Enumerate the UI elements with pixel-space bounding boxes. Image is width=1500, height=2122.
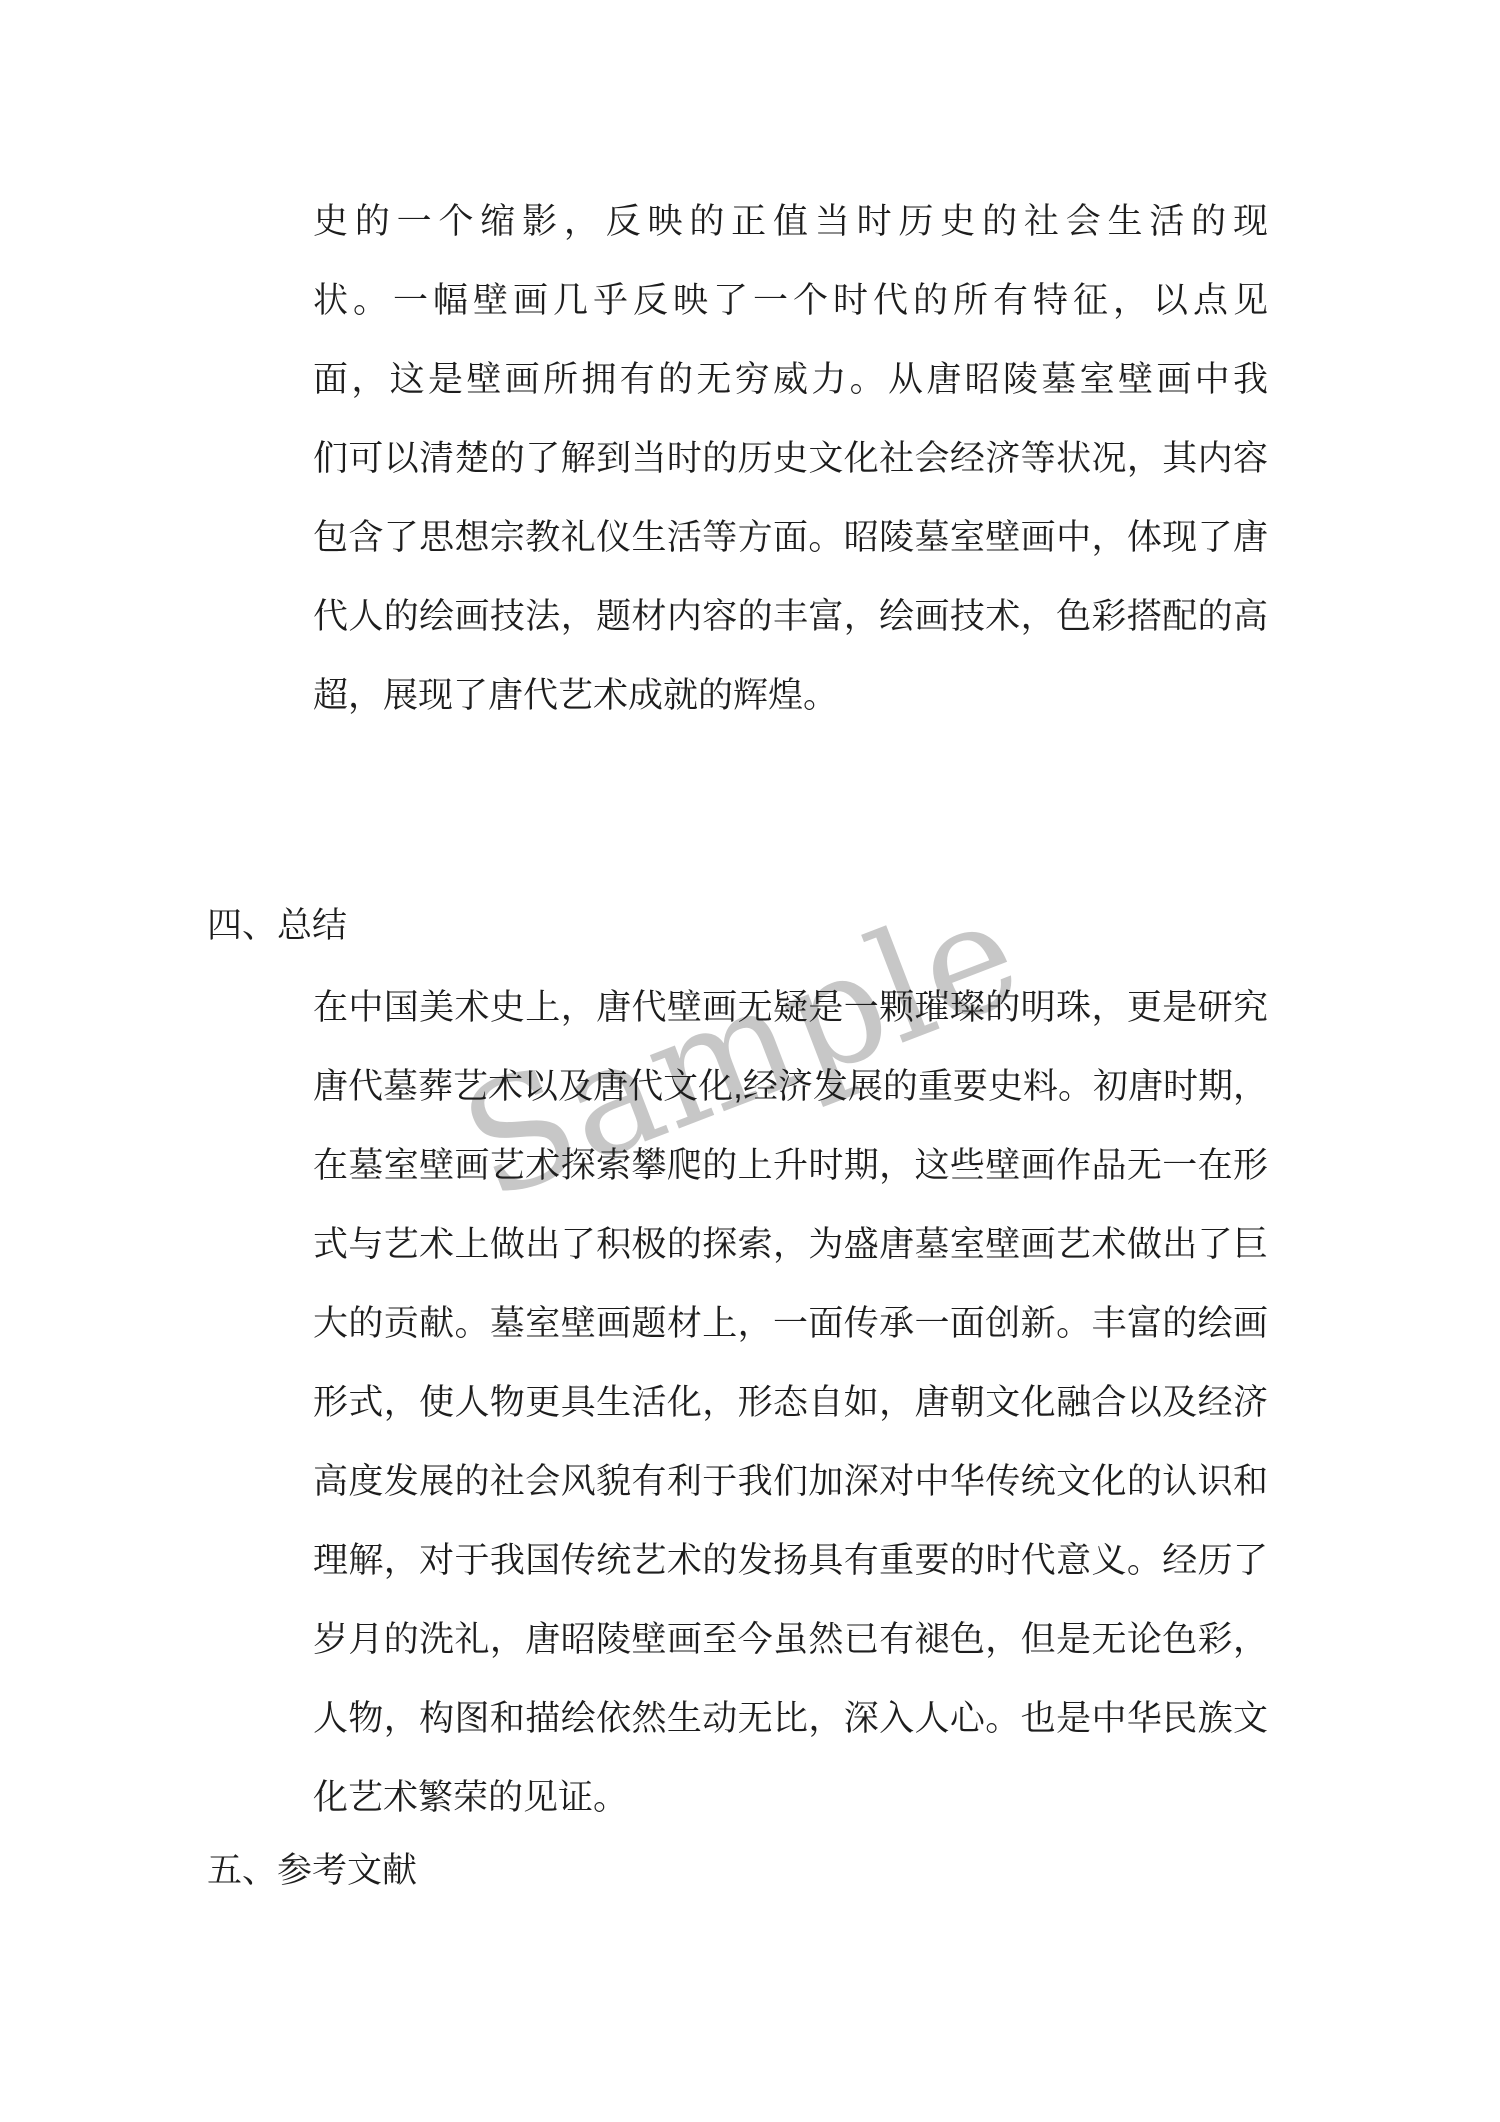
body-text-line: 理解，对于我国传统艺术的发扬具有重要的时代意义。经历了 (313, 1521, 1268, 1600)
document-page: Sample 史的一个缩影，反映的正值当时历史的社会生活的现 状。一幅壁画几乎反… (0, 0, 1500, 2122)
paragraph-mural-significance: 史的一个缩影，反映的正值当时历史的社会生活的现 状。一幅壁画几乎反映了一个时代的… (313, 182, 1268, 735)
body-text-line: 式与艺术上做出了积极的探索，为盛唐墓室壁画艺术做出了巨 (313, 1205, 1268, 1284)
body-text-line: 状。一幅壁画几乎反映了一个时代的所有特征，以点见 (313, 261, 1268, 340)
body-text-line: 化艺术繁荣的见证。 (313, 1758, 1268, 1837)
section-heading-references: 五、参考文献 (207, 1831, 417, 1910)
body-text-line: 面，这是壁画所拥有的无穷威力。从唐昭陵墓室壁画中我 (313, 340, 1268, 419)
body-text-line: 唐代墓葬艺术以及唐代文化,经济发展的重要史料。初唐时期， (313, 1047, 1268, 1126)
section-title: 总结 (277, 906, 347, 945)
body-text-line: 大的贡献。墓室壁画题材上，一面传承一面创新。丰富的绘画 (313, 1284, 1268, 1363)
section-heading-summary: 四、总结 (207, 886, 347, 965)
section-number: 四、 (207, 886, 277, 965)
body-text-line: 代人的绘画技法，题材内容的丰富，绘画技术，色彩搭配的高 (313, 577, 1268, 656)
body-text-line: 在中国美术史上，唐代壁画无疑是一颗璀璨的明珠，更是研究 (313, 968, 1268, 1047)
body-text-line: 高度发展的社会风貌有利于我们加深对中华传统文化的认识和 (313, 1442, 1268, 1521)
body-text-line: 在墓室壁画艺术探索攀爬的上升时期，这些壁画作品无一在形 (313, 1126, 1268, 1205)
section-number: 五、 (207, 1831, 277, 1910)
body-text-line: 包含了思想宗教礼仪生活等方面。昭陵墓室壁画中，体现了唐 (313, 498, 1268, 577)
paragraph-summary: 在中国美术史上，唐代壁画无疑是一颗璀璨的明珠，更是研究 唐代墓葬艺术以及唐代文化… (313, 968, 1268, 1837)
body-text-line: 史的一个缩影，反映的正值当时历史的社会生活的现 (313, 182, 1268, 261)
section-title: 参考文献 (277, 1851, 417, 1890)
page-content: 史的一个缩影，反映的正值当时历史的社会生活的现 状。一幅壁画几乎反映了一个时代的… (0, 0, 1500, 2122)
body-text-line: 们可以清楚的了解到当时的历史文化社会经济等状况，其内容 (313, 419, 1268, 498)
body-text-line: 岁月的洗礼，唐昭陵壁画至今虽然已有褪色，但是无论色彩， (313, 1600, 1268, 1679)
body-text-line: 超，展现了唐代艺术成就的辉煌。 (313, 656, 1268, 735)
body-text-line: 人物，构图和描绘依然生动无比，深入人心。也是中华民族文 (313, 1679, 1268, 1758)
body-text-line: 形式，使人物更具生活化，形态自如，唐朝文化融合以及经济 (313, 1363, 1268, 1442)
